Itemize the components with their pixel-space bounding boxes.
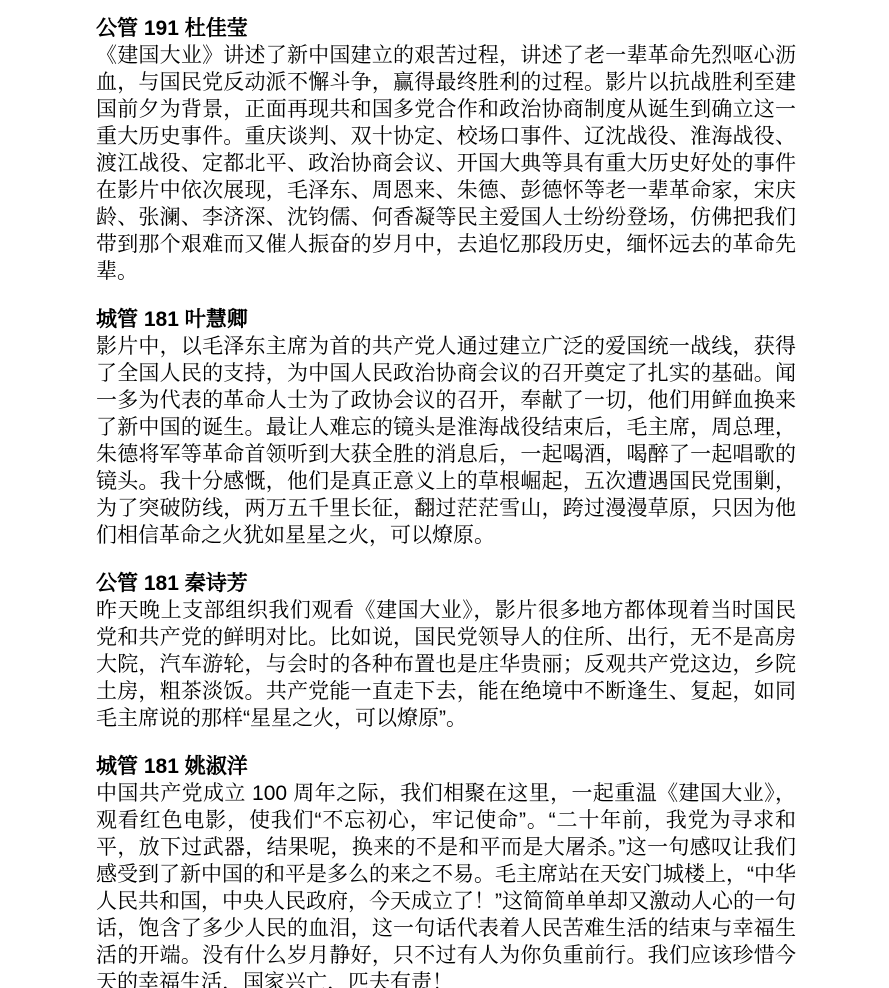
review-section-3: 公管 181 秦诗芳 昨天晚上支部组织我们观看《建国大业》，影片很多地方都体现着…: [96, 570, 796, 732]
review-section-1: 公管 191 杜佳莹 《建国大业》讲述了新中国建立的艰苦过程，讲述了老一辈革命先…: [96, 15, 796, 285]
section-body: 《建国大业》讲述了新中国建立的艰苦过程，讲述了老一辈革命先烈呕心沥血，与国民党反…: [96, 42, 796, 285]
section-body: 昨天晚上支部组织我们观看《建国大业》，影片很多地方都体现着当时国民党和共产党的鲜…: [96, 597, 796, 732]
section-body: 影片中，以毛泽东主席为首的共产党人通过建立广泛的爱国统一战线，获得了全国人民的支…: [96, 333, 796, 549]
review-section-4: 城管 181 姚淑洋 中国共产党成立 100 周年之际，我们相聚在这里，一起重温…: [96, 753, 796, 988]
section-header: 城管 181 姚淑洋: [96, 753, 796, 780]
section-header: 公管 181 秦诗芳: [96, 570, 796, 597]
section-header: 公管 191 杜佳莹: [96, 15, 796, 42]
section-header: 城管 181 叶慧卿: [96, 306, 796, 333]
section-body: 中国共产党成立 100 周年之际，我们相聚在这里，一起重温《建国大业》，观看红色…: [96, 780, 796, 988]
document-page: 公管 191 杜佳莹 《建国大业》讲述了新中国建立的艰苦过程，讲述了老一辈革命先…: [0, 0, 889, 988]
review-section-2: 城管 181 叶慧卿 影片中，以毛泽东主席为首的共产党人通过建立广泛的爱国统一战…: [96, 306, 796, 549]
